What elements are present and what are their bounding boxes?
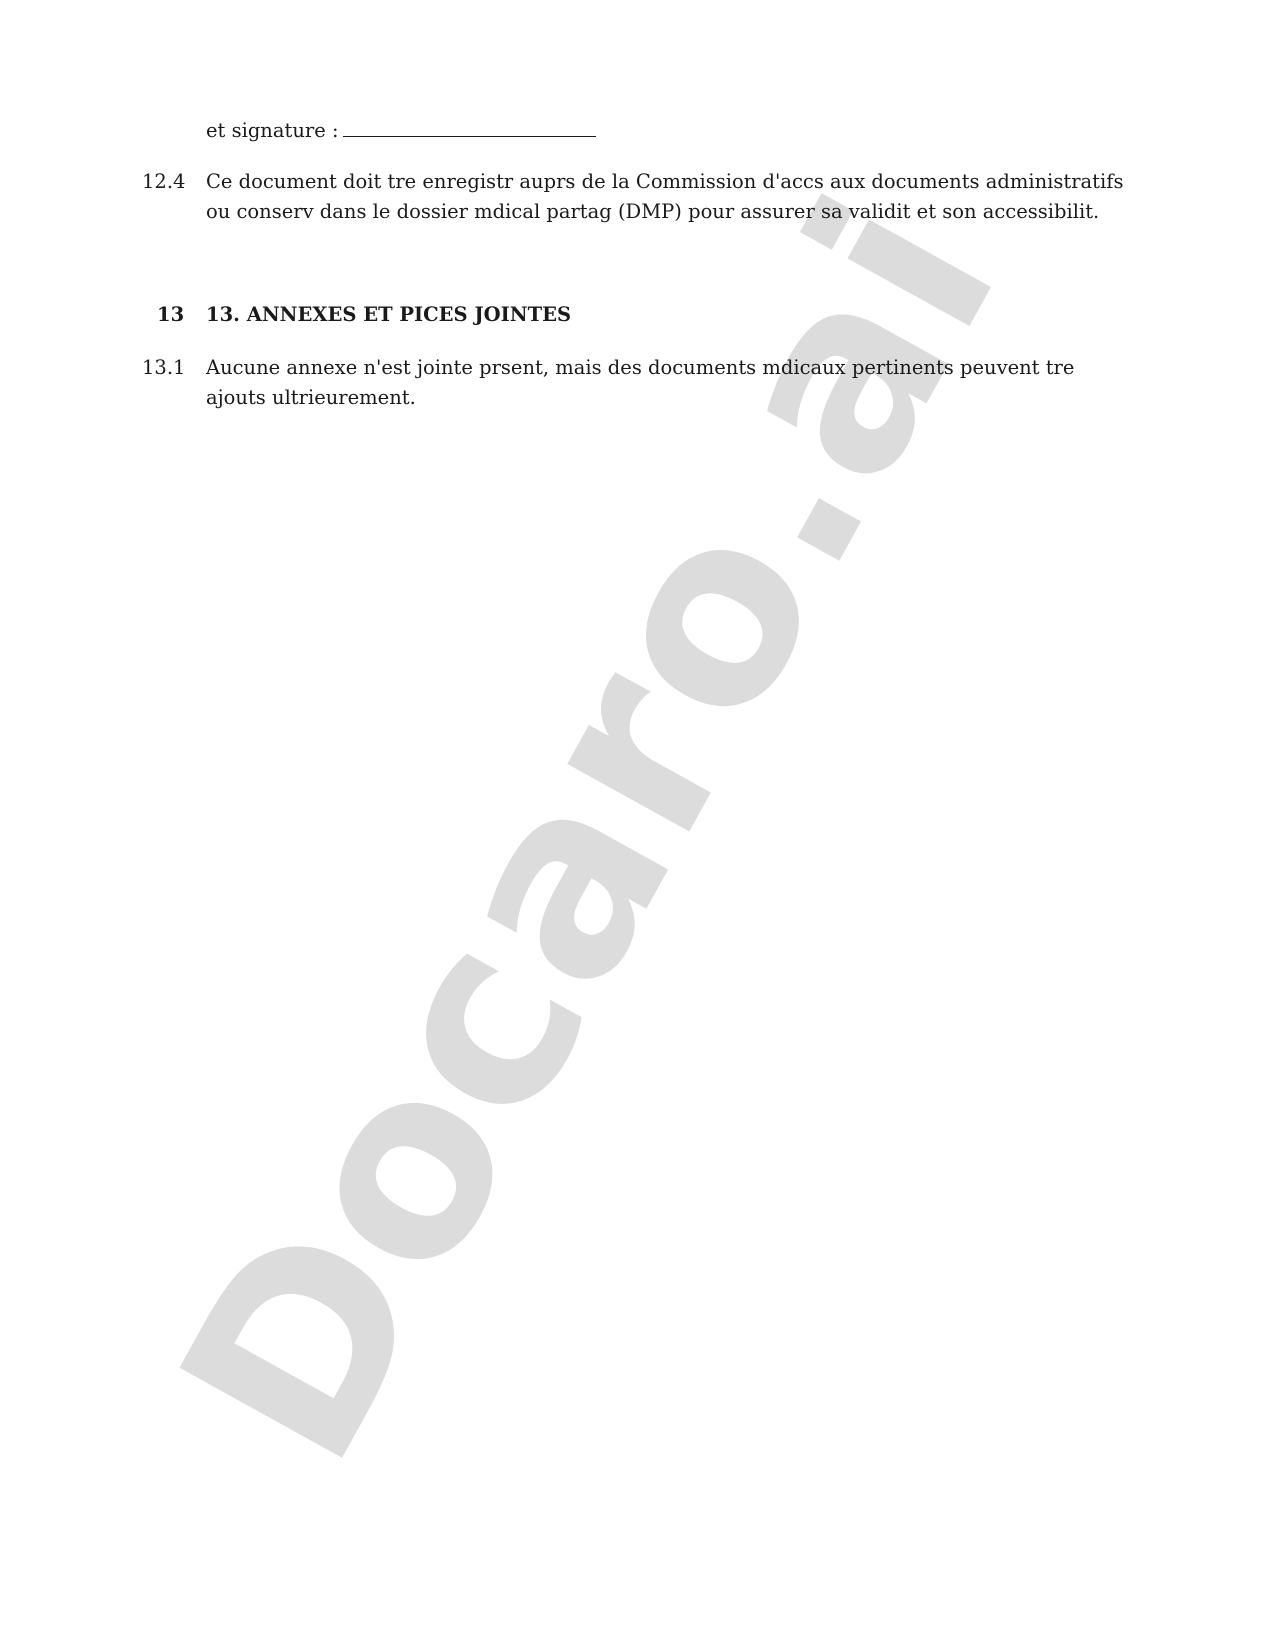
section-title: 13. ANNEXES ET PICES JOINTES: [206, 300, 571, 330]
clause-text-line: Aucune annexe n'est jointe prsent, mais …: [206, 353, 1074, 383]
clause-text-line: Ce document doit tre enregistr auprs de …: [206, 167, 1123, 197]
clause-number: 12.4: [142, 167, 185, 197]
clause-text-line: ou conserv dans le dossier mdical partag…: [206, 197, 1099, 227]
section-number: 13: [157, 300, 184, 330]
signature-label: et signature :: [206, 119, 339, 142]
document-page: et signature : 12.4 Ce document doit tre…: [0, 0, 1275, 1650]
clause-text-line: ajouts ultrieurement.: [206, 383, 416, 413]
signature-field[interactable]: [343, 116, 596, 137]
clause-number: 13.1: [142, 353, 185, 383]
signature-row: et signature :: [206, 116, 596, 146]
